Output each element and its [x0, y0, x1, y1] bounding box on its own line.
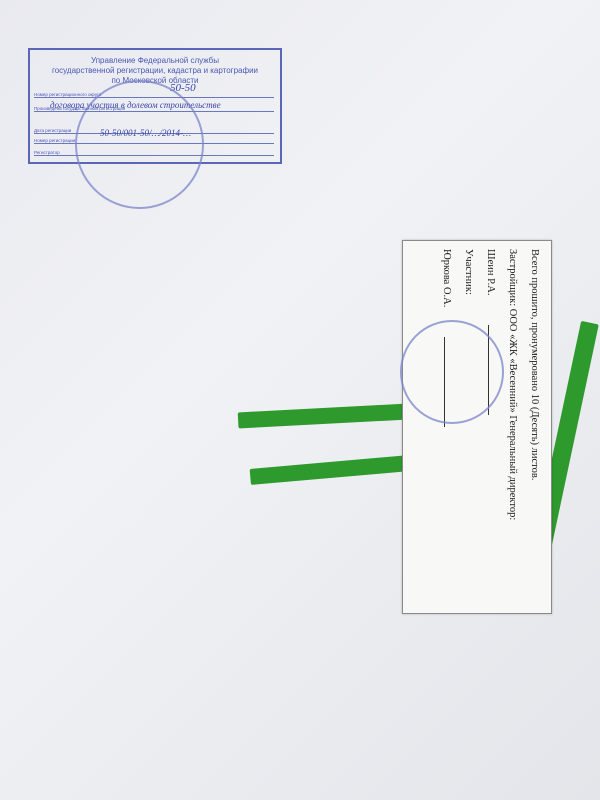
stamp-header-line: государственной регистрации, кадастра и … — [30, 66, 280, 76]
participant-name: Юркова О.А. — [435, 249, 457, 605]
participant-label: Участник: — [457, 249, 479, 605]
ribbon — [250, 455, 411, 485]
document-page: Управление Федеральной службы государств… — [0, 0, 600, 800]
developer-signer: Шеин Р.А. — [479, 249, 501, 605]
round-seal — [75, 80, 204, 209]
binding-label: Всего прошито, пронумеровано 10 (Десять)… — [402, 240, 552, 614]
company-seal — [400, 320, 504, 424]
developer-line: Застройщик: ООО «ЖК «Весенний» Генеральн… — [501, 249, 523, 605]
stamp-header-line: Управление Федеральной службы — [30, 56, 280, 66]
ribbon — [238, 404, 409, 429]
sheets-count: Всего прошито, пронумеровано 10 (Десять)… — [523, 249, 545, 605]
